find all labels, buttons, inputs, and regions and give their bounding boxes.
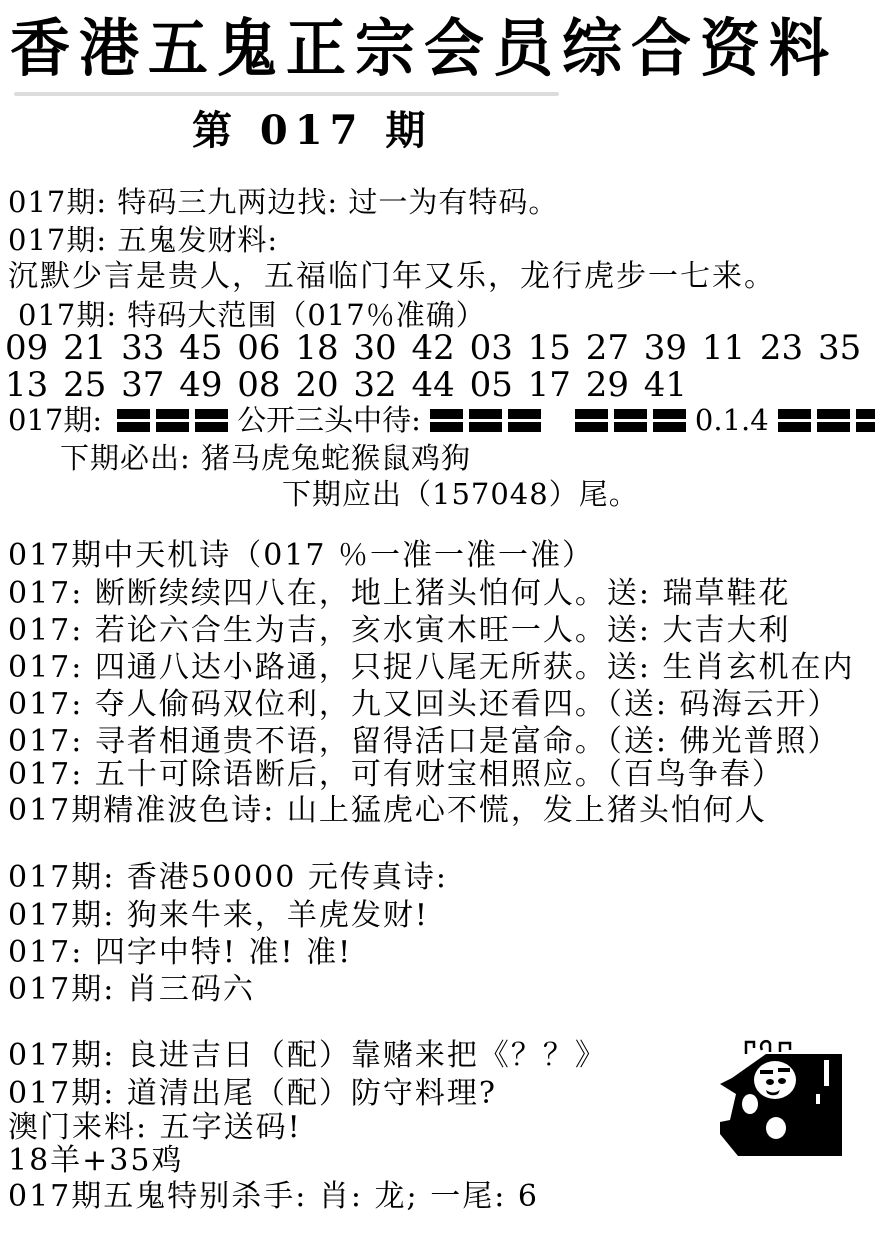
bottom-line-1: 017期: 良进吉日（配）靠赌来把《？？》 bbox=[8, 1038, 607, 1074]
redacted-blocks bbox=[572, 407, 689, 434]
tip-line-1: 017期: 特码三九两边找: 过一为有特码。 bbox=[8, 184, 558, 220]
fax-line-1: 017期: 香港50000 元传真诗: bbox=[8, 860, 448, 896]
bottom-line-2: 017期: 道清出尾（配）防守料理? bbox=[8, 1076, 497, 1112]
open-heads-label: 017期: bbox=[8, 402, 102, 438]
redacted-block-icon bbox=[856, 407, 875, 434]
redacted-block-icon bbox=[653, 407, 686, 434]
handwriting-doodle bbox=[740, 1036, 804, 1056]
open-heads-parts: 公开三头中待:0.1.4中 bbox=[112, 402, 875, 438]
redacted-block-icon bbox=[508, 407, 541, 434]
redacted-blocks bbox=[114, 407, 231, 434]
should-out-line: 下期应出（157048）尾。 bbox=[282, 476, 639, 512]
print-artifact bbox=[14, 92, 559, 96]
open-heads-text: 0.1.4 bbox=[695, 402, 769, 438]
number-row-1: 09 21 33 45 06 18 30 42 03 15 27 39 11 2… bbox=[5, 330, 875, 366]
sky-poem-line-4: 017: 夺人偷码双位利，九又回头还看四。（送: 码海云开） bbox=[8, 687, 840, 723]
tip-line-2: 017期: 五鬼发财料: bbox=[8, 222, 278, 258]
open-heads-text: 公开三头中待: bbox=[237, 402, 421, 438]
wave-color-poem-line: 017期精准波色诗: 山上猛虎心不慌，发上猪头怕何人 bbox=[8, 793, 767, 829]
sky-poem-line-1: 017: 断断续续四八在，地上猪头怕何人。送: 瑞草鞋花 bbox=[8, 576, 791, 612]
sky-poem-line-2: 017: 若论六合生为吉，亥水寅木旺一人。送: 大吉大利 bbox=[8, 613, 791, 649]
redacted-block-icon bbox=[156, 407, 189, 434]
fax-line-2: 017期: 狗来牛来，羊虎发财! bbox=[8, 898, 429, 934]
tip-sheet-page: 香港五鬼正宗会员综合资料 第 017 期 017期: 特码三九两边找: 过一为有… bbox=[0, 0, 875, 1238]
redacted-block-icon bbox=[469, 407, 502, 434]
fax-line-3: 017: 四字中特! 准! 准! bbox=[8, 935, 352, 971]
sky-poem-heading: 017期中天机诗（017 ％一准一准一准） bbox=[8, 538, 594, 574]
redacted-block-icon bbox=[430, 407, 463, 434]
must-out-line: 下期必出: 猪马虎兔蛇猴鼠鸡狗 bbox=[60, 440, 471, 476]
issue-heading: 第 017 期 bbox=[192, 106, 432, 156]
sky-poem-line-3: 017: 四通八达小路通，只捉八尾无所获。送: 生肖玄机在内 bbox=[8, 650, 855, 686]
redacted-blocks bbox=[775, 407, 875, 434]
zodiac-pair-line: 18羊+35鸡 bbox=[8, 1143, 183, 1179]
sky-poem-line-5: 017: 寻者相通贵不语，留得活口是富命。（送: 佛光普照） bbox=[8, 724, 840, 760]
member-photo bbox=[720, 1054, 842, 1156]
macau-line: 澳门来料: 五字送码! bbox=[8, 1110, 302, 1146]
fax-line-4: 017期: 肖三码六 bbox=[8, 972, 255, 1008]
redacted-blocks bbox=[427, 407, 544, 434]
page-title: 香港五鬼正宗会员综合资料 bbox=[10, 12, 838, 87]
redacted-block-icon bbox=[575, 407, 608, 434]
redacted-block-icon bbox=[614, 407, 647, 434]
redacted-block-icon bbox=[778, 407, 811, 434]
redacted-block-icon bbox=[195, 407, 228, 434]
redacted-block-icon bbox=[117, 407, 150, 434]
open-heads-line: 017期: 公开三头中待:0.1.4中 bbox=[8, 402, 875, 438]
killer-line: 017期五鬼特别杀手: 肖: 龙; 一尾: 6 bbox=[8, 1179, 539, 1215]
sky-poem-line-6: 017: 五十可除语断后，可有财宝相照应。（百鸟争春） bbox=[8, 757, 784, 793]
redacted-block-icon bbox=[817, 407, 850, 434]
number-row-2: 13 25 37 49 08 20 32 44 05 17 29 41 bbox=[5, 367, 687, 403]
wealth-poem-line: 沉默少言是贵人，五福临门年又乐，龙行虎步一七来。 bbox=[8, 259, 776, 295]
